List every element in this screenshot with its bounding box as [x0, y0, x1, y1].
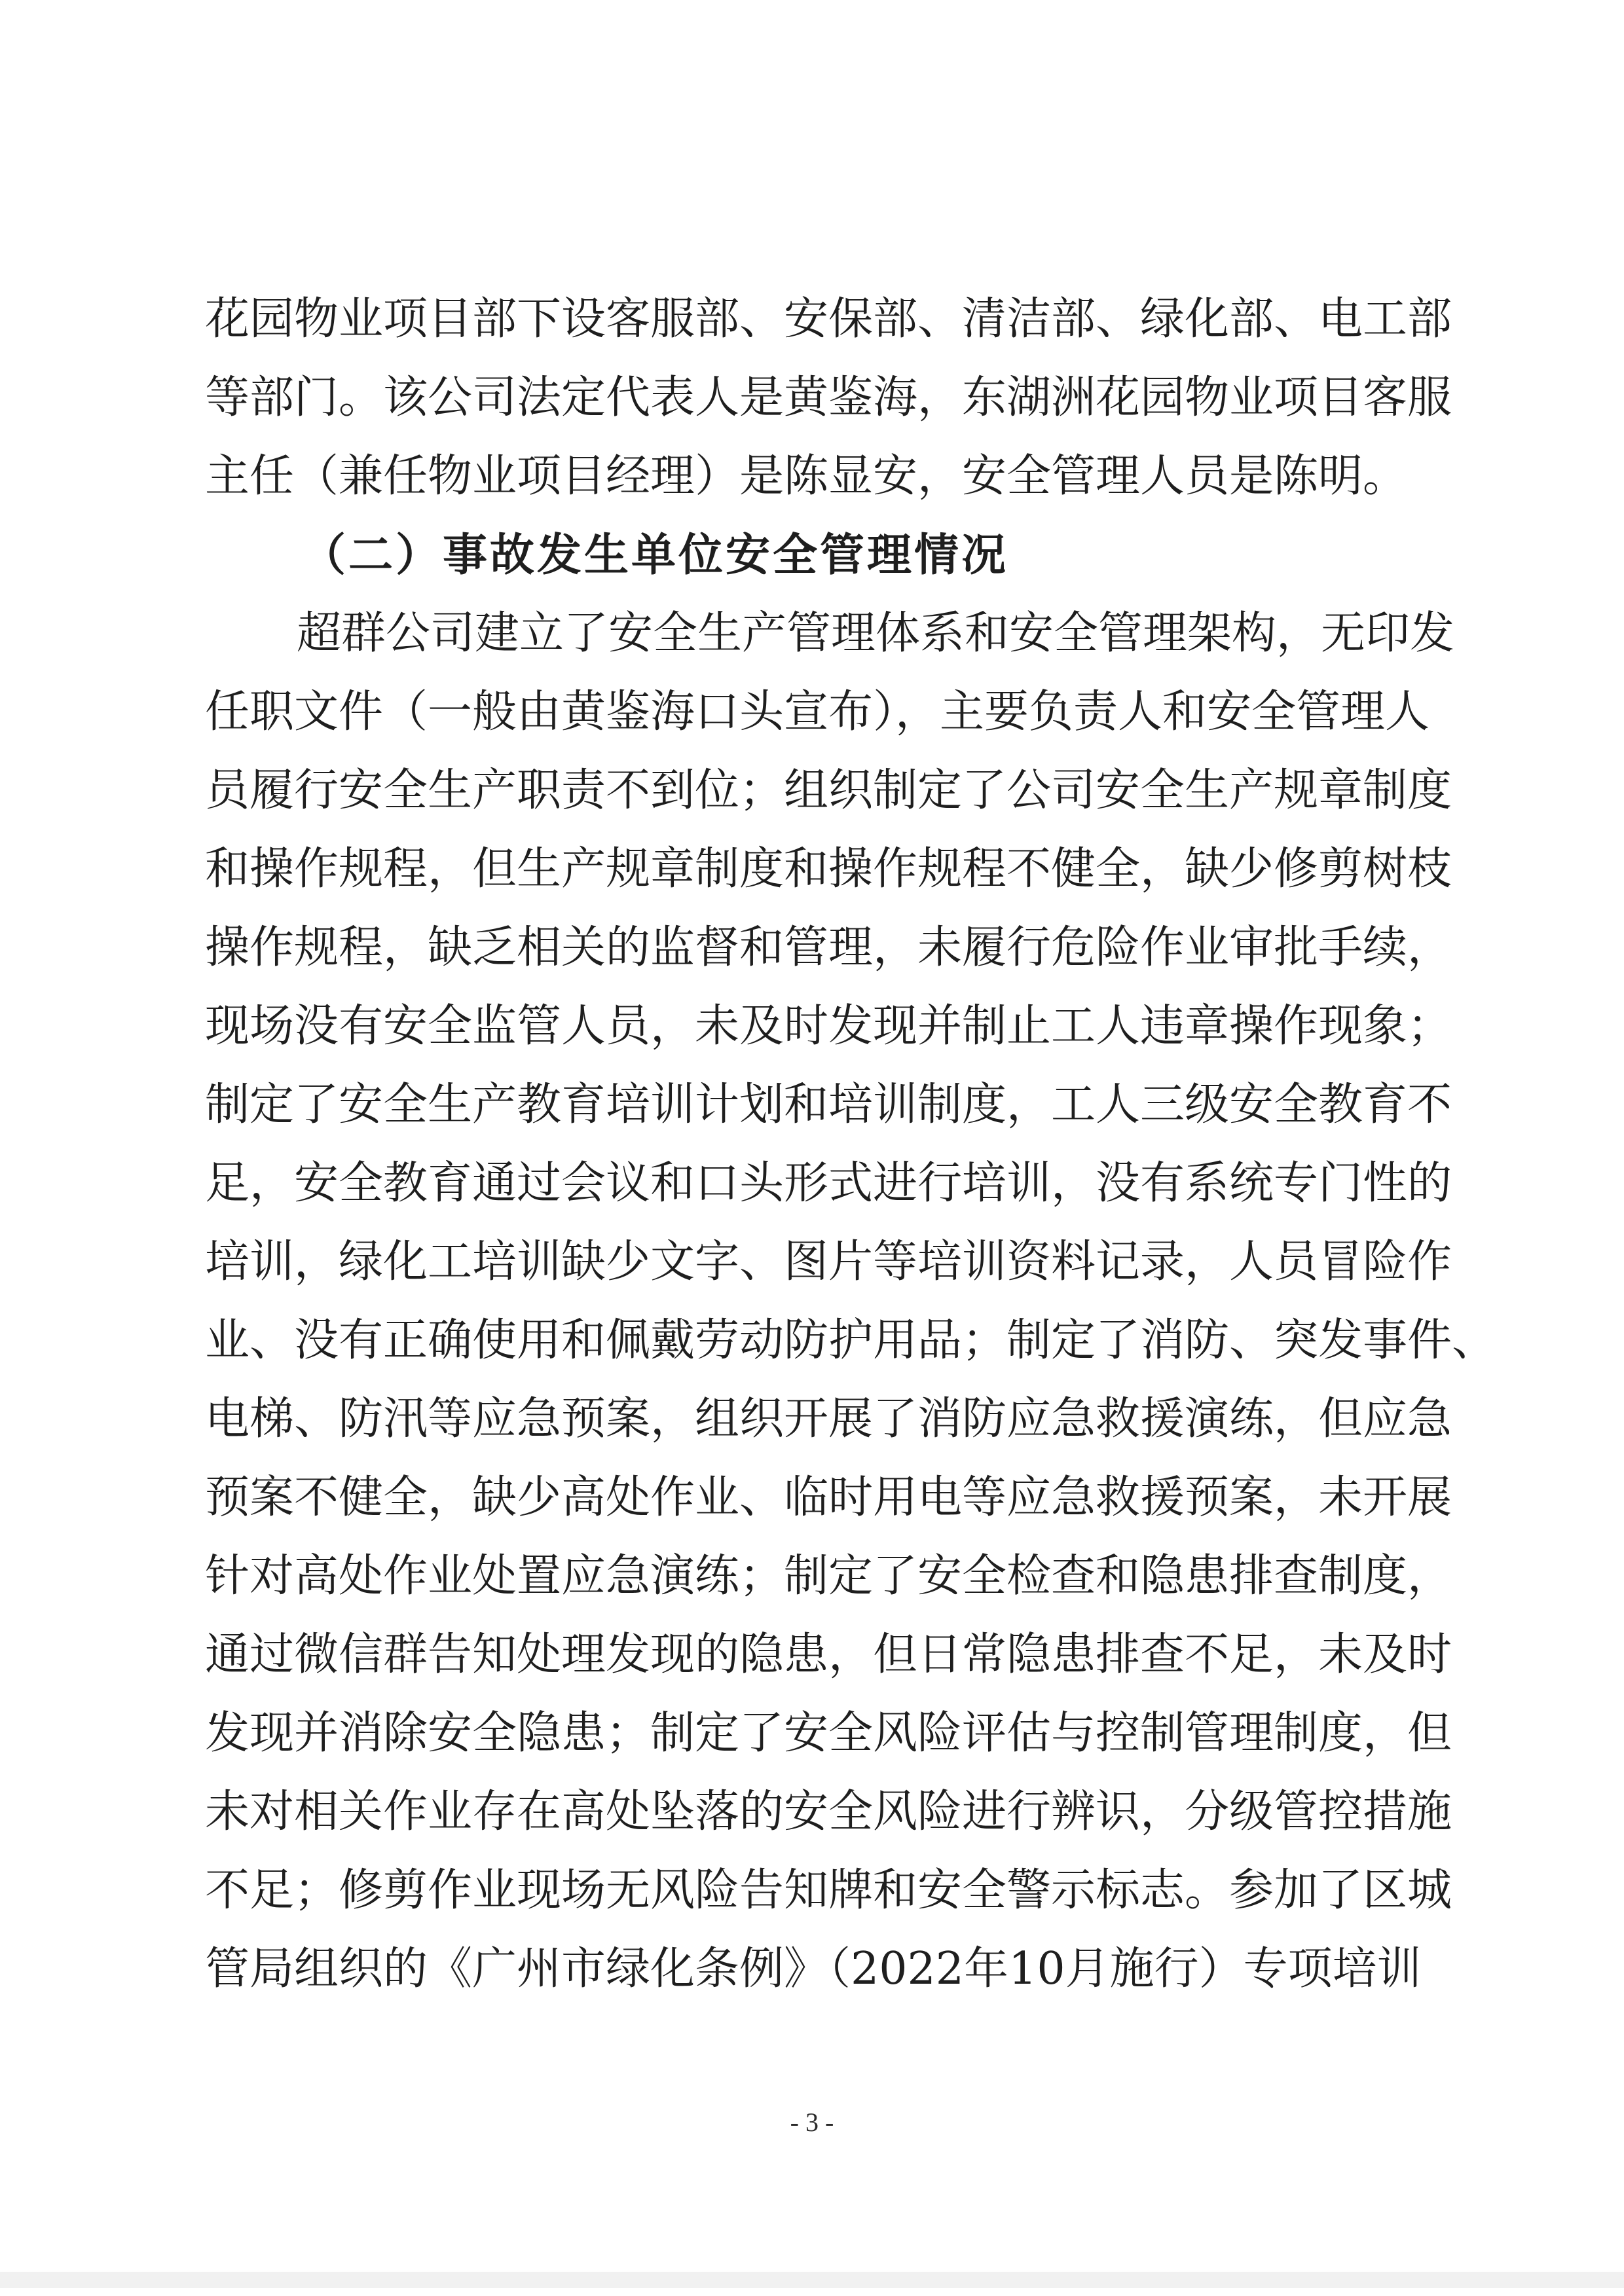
text-line: 主任（兼任物业项目经理）是陈显安，安全管理人员是陈明。	[205, 437, 1413, 516]
text-line: 发现并消除安全隐患；制定了安全风险评估与控制管理制度，但	[205, 1694, 1413, 1773]
text-line: 业、没有正确使用和佩戴劳动防护用品；制定了消防、突发事件、	[205, 1302, 1413, 1380]
text-line: 培训，绿化工培训缺少文字、图片等培训资料记录，人员冒险作	[205, 1223, 1413, 1302]
text-line: 针对高处作业处置应急演练；制定了安全检查和隐患排查制度，	[205, 1537, 1413, 1616]
page-number: - 3 -	[0, 2107, 1624, 2138]
text-line: 现场没有安全监管人员，未及时发现并制止工人违章操作现象；	[205, 987, 1413, 1066]
text-line: 通过微信群告知处理发现的隐患，但日常隐患排查不足，未及时	[205, 1616, 1413, 1694]
text-line: 足，安全教育通过会议和口头形式进行培训，没有系统专门性的	[205, 1144, 1413, 1223]
text-line: 电梯、防汛等应急预案，组织开展了消防应急救援演练，但应急	[205, 1380, 1413, 1459]
text-line: 任职文件（一般由黄鉴海口头宣布），主要负责人和安全管理人	[205, 673, 1413, 752]
text-line: 等部门。该公司法定代表人是黄鉴海，东湖洲花园物业项目客服	[205, 359, 1413, 437]
text-line: 花园物业项目部下设客服部、安保部、清洁部、绿化部、电工部	[205, 280, 1413, 359]
text-line: 操作规程，缺乏相关的监督和管理，未履行危险作业审批手续，	[205, 909, 1413, 987]
text-line: 超群公司建立了安全生产管理体系和安全管理架构，无印发	[205, 594, 1413, 673]
document-page: 花园物业项目部下设客服部、安保部、清洁部、绿化部、电工部 等部门。该公司法定代表…	[0, 0, 1624, 2296]
section-heading: （二）事故发生单位安全管理情况	[205, 516, 1413, 594]
text-line: 和操作规程，但生产规章制度和操作规程不健全，缺少修剪树枝	[205, 830, 1413, 909]
text-line: 员履行安全生产职责不到位；组织制定了公司安全生产规章制度	[205, 752, 1413, 830]
text-line: 制定了安全生产教育培训计划和培训制度，工人三级安全教育不	[205, 1066, 1413, 1144]
document-body: 花园物业项目部下设客服部、安保部、清洁部、绿化部、电工部 等部门。该公司法定代表…	[205, 280, 1413, 2009]
text-line: 未对相关作业存在高处坠落的安全风险进行辨识，分级管控措施	[205, 1773, 1413, 1851]
text-line: 不足；修剪作业现场无风险告知牌和安全警示标志。参加了区城	[205, 1851, 1413, 1930]
text-line: 管局组织的《广州市绿化条例》（2022年10月施行）专项培训	[205, 1930, 1413, 2009]
text-line: 预案不健全，缺少高处作业、临时用电等应急救援预案，未开展	[205, 1459, 1413, 1537]
scan-edge-band	[0, 2272, 1624, 2288]
